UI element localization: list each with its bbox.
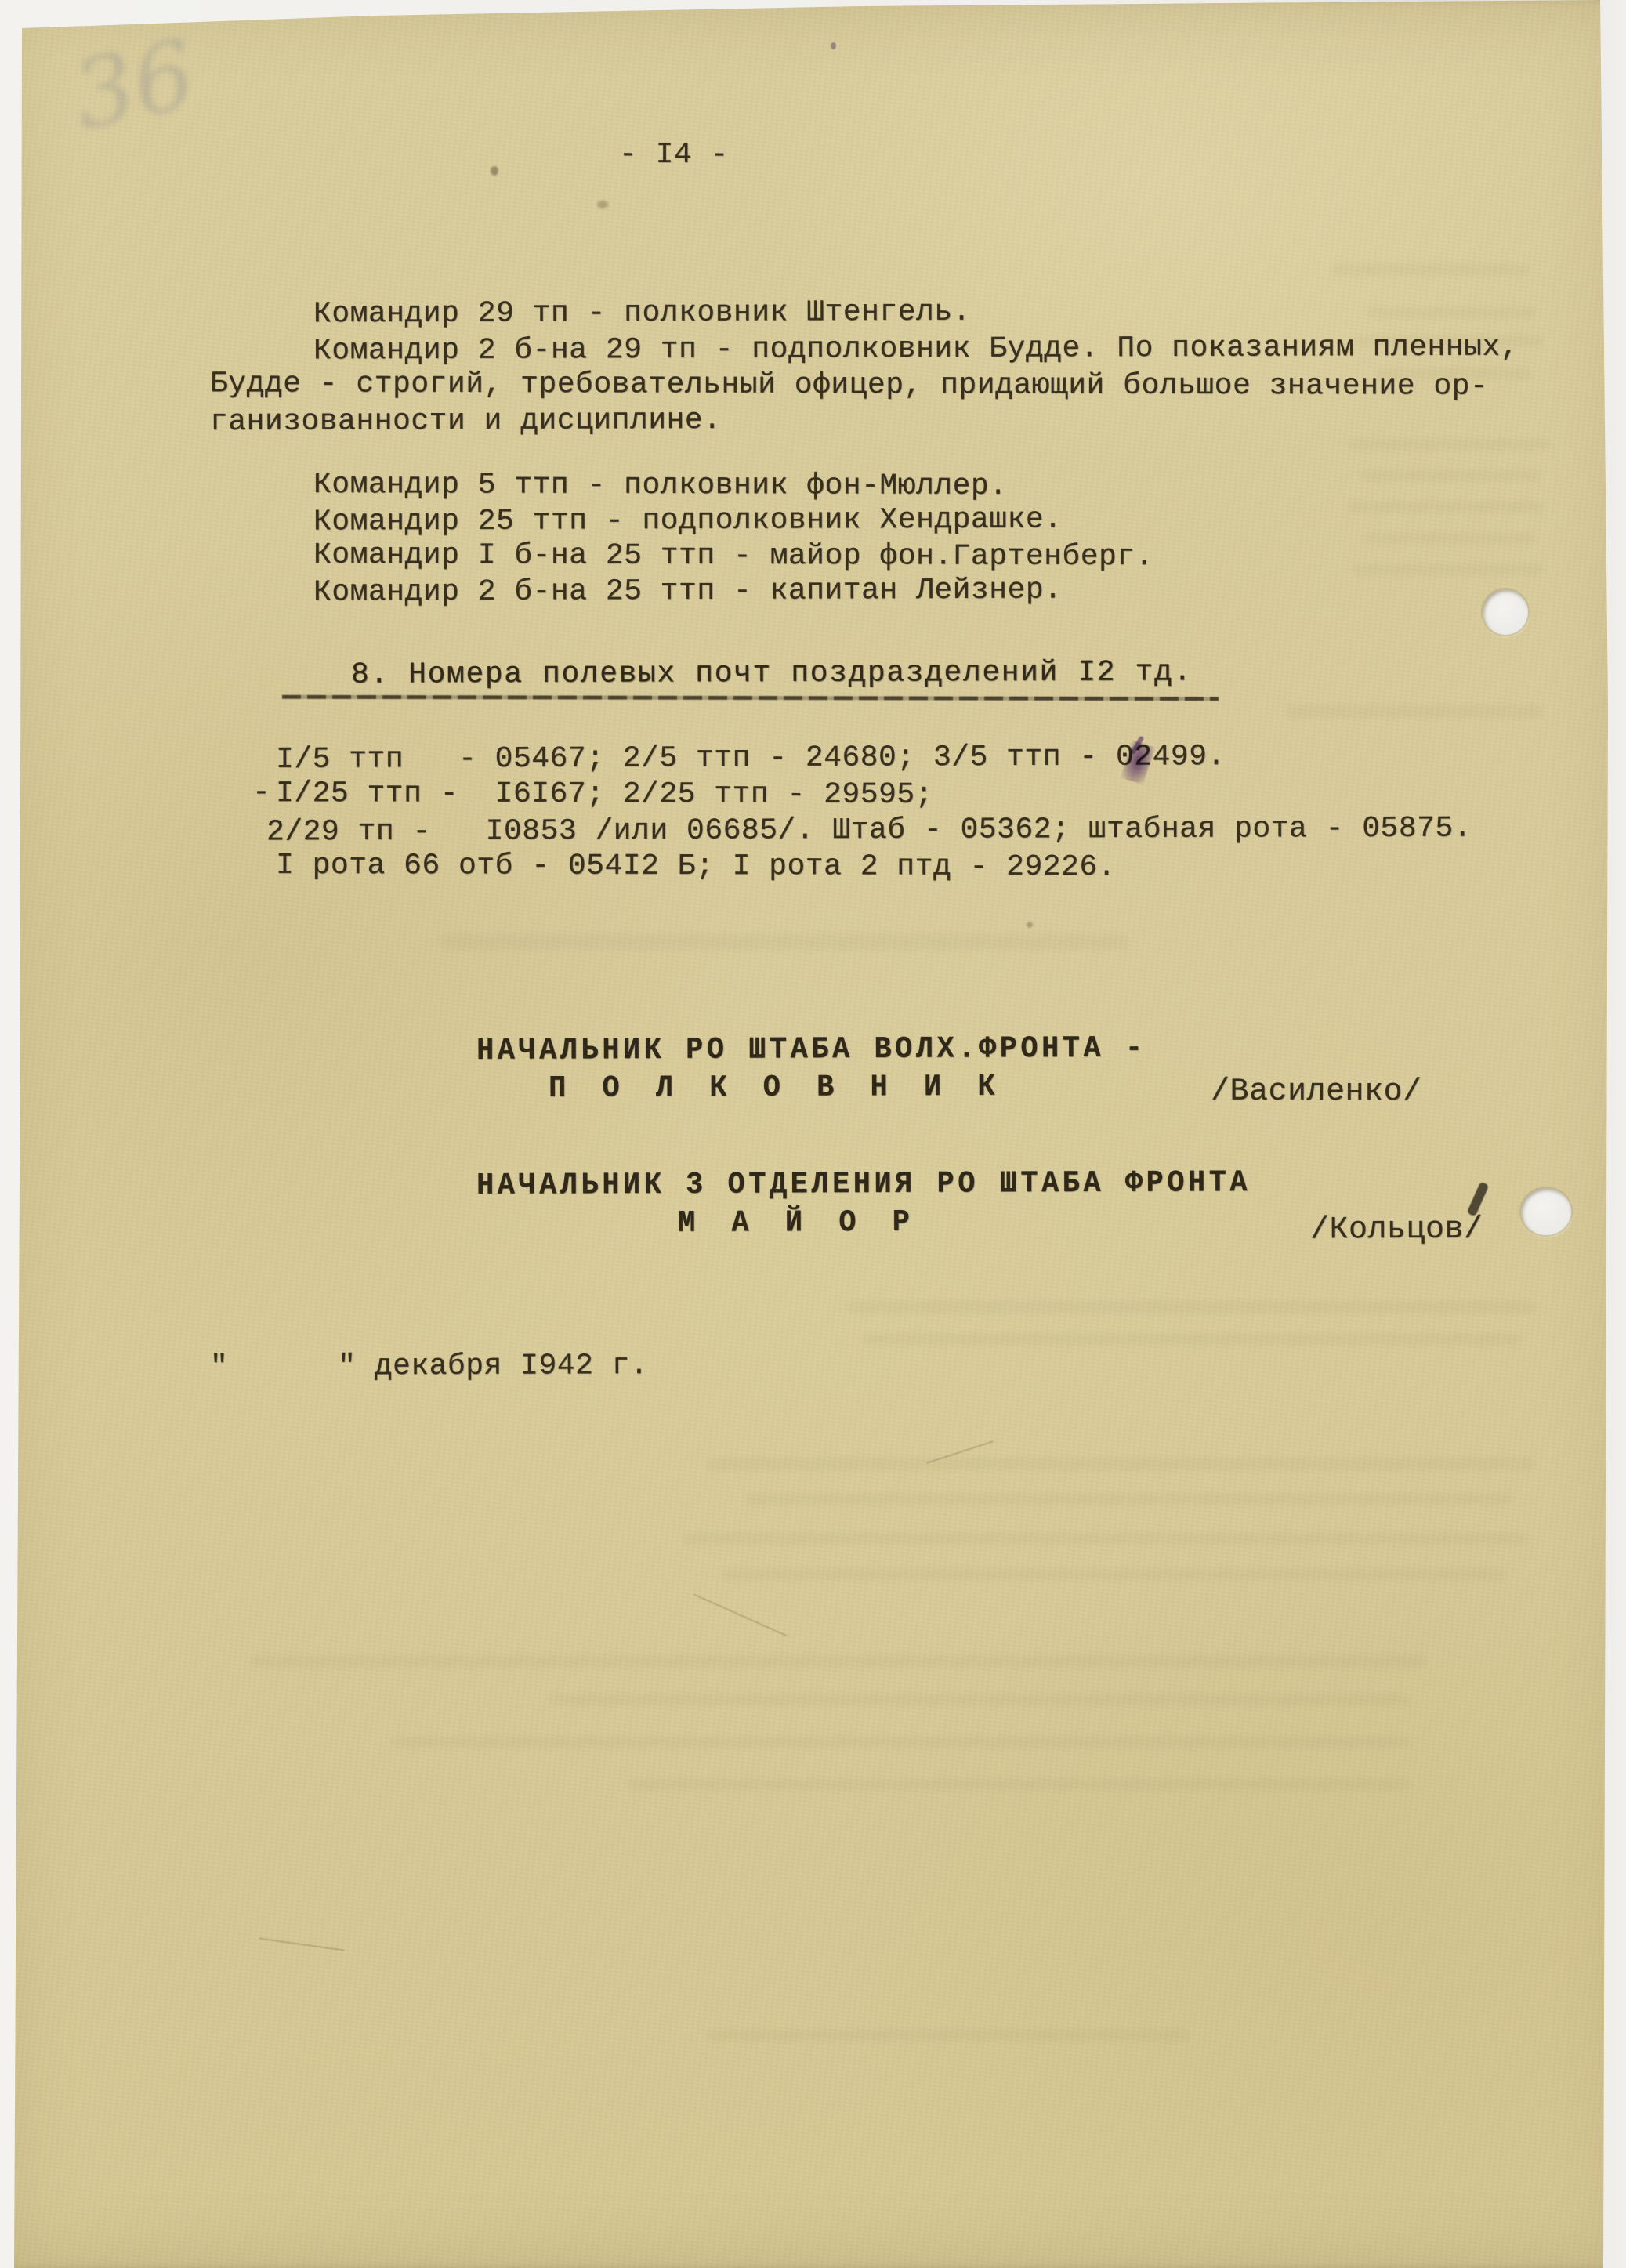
bleed-smudge bbox=[1285, 705, 1544, 718]
paper-fiber bbox=[693, 1594, 788, 1637]
bleed-smudge bbox=[439, 934, 1128, 950]
text-line: I/5 ттп - 05467; 2/5 ттп - 24680; 3/5 тт… bbox=[276, 740, 1226, 777]
signature-title: НАЧАЛЬНИК 3 ОТДЕЛЕНИЯ РО ШТАБА ФРОНТА bbox=[476, 1165, 1251, 1204]
bleed-smudge bbox=[721, 1569, 1505, 1580]
bleed-smudge bbox=[705, 2030, 1191, 2041]
paper-speck bbox=[1027, 922, 1033, 928]
bleed-smudge bbox=[744, 1494, 1512, 1505]
bleed-smudge bbox=[549, 1694, 1411, 1705]
pencil-mark: 36 bbox=[64, 20, 204, 152]
bleed-smudge bbox=[1348, 439, 1552, 450]
bleed-smudge bbox=[1360, 470, 1540, 481]
paper-speck bbox=[831, 42, 836, 49]
text-line: Командир 2 б-на 29 тп - подполковник Буд… bbox=[313, 331, 1519, 369]
bleed-smudge bbox=[1363, 533, 1536, 544]
bleed-smudge bbox=[1367, 307, 1536, 318]
bleed-smudge bbox=[862, 1334, 1520, 1345]
punch-hole bbox=[1483, 589, 1528, 635]
bleed-smudge bbox=[1348, 502, 1544, 513]
punch-hole bbox=[1521, 1188, 1571, 1235]
text-line: I рота 66 отб - 054I2 Б; I рота 2 птд - … bbox=[276, 849, 1116, 885]
date-line: " " декабря I942 г. bbox=[210, 1349, 648, 1385]
section-heading: 8. Номера полевых почт поздразделений I2… bbox=[351, 655, 1193, 692]
text-line: I/25 ттп - I6I67; 2/25 ттп - 29595; bbox=[276, 777, 933, 813]
text-line: Командир 2 б-на 25 ттп - капитан Лейзнер… bbox=[313, 573, 1063, 610]
paper-speck bbox=[491, 166, 498, 176]
text-line: Командир 29 тп - полковник Штенгель. bbox=[313, 295, 971, 332]
bleed-smudge bbox=[392, 1737, 1411, 1748]
bleed-smudge bbox=[627, 1779, 1411, 1790]
text-line: ганизованности и дисциплине. bbox=[210, 404, 722, 440]
paper-fiber bbox=[259, 1937, 344, 1951]
text-line: Командир 5 ттп - полковник фон-Мюллер. bbox=[313, 468, 1008, 504]
text-line: Будде - строгий, требовательный офицер, … bbox=[210, 367, 1488, 404]
bleed-smudge bbox=[846, 1301, 1536, 1313]
bleed-smudge bbox=[1356, 335, 1544, 346]
text-line: 2/29 тп - I0853 /или 06685/. Штаб - 0536… bbox=[266, 812, 1472, 850]
bleed-smudge bbox=[1352, 564, 1544, 575]
bleed-smudge bbox=[1375, 368, 1532, 379]
heading-underline bbox=[282, 695, 1219, 701]
bleed-smudge bbox=[251, 1655, 1426, 1668]
text-line: Командир I б-на 25 ттп - майор фон.Гарте… bbox=[313, 538, 1153, 574]
stray-dash: - bbox=[252, 776, 270, 810]
signature-rank: М А Й О Р bbox=[678, 1205, 919, 1242]
text-line: Командир 25 ттп - подполковник Хендрашке… bbox=[313, 502, 1063, 539]
signature-name: /Василенко/ bbox=[1211, 1075, 1422, 1110]
paper-sheet: 36 - I4 - Командир 29 тп - полковник Ште… bbox=[0, 0, 1626, 2268]
bleed-smudge bbox=[705, 1458, 1536, 1470]
signature-name: /Кольцов/ bbox=[1310, 1213, 1483, 1248]
bleed-smudge bbox=[682, 1533, 1528, 1544]
bleed-smudge bbox=[1332, 263, 1528, 276]
page-number: - I4 - bbox=[619, 138, 729, 172]
scanned-document-page: 36 - I4 - Командир 29 тп - полковник Ште… bbox=[0, 0, 1626, 2268]
paper-speck bbox=[597, 201, 608, 208]
signature-rank: П О Л К О В Н И К bbox=[549, 1069, 1005, 1107]
signature-title: НАЧАЛЬНИК РО ШТАБА ВОЛХ.ФРОНТА - bbox=[476, 1031, 1146, 1070]
